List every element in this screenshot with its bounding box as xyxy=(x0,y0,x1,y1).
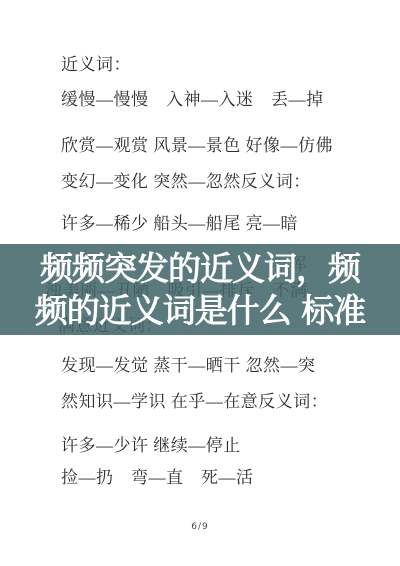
doc-line: 捡—扔 弯—直 死—活 xyxy=(61,467,254,488)
doc-line: 缓慢—慢慢 入神—入迷 丢—掉 xyxy=(61,89,324,110)
article-image: 近义词： 缓慢—慢慢 入神—入迷 丢—掉 欣赏—观赏 风景—景色 好像—仿佛 变… xyxy=(0,0,400,566)
doc-line: 许多—少许 继续—停止 xyxy=(61,435,241,456)
doc-line: 发现—发觉 蒸干—晒干 忽然—突 xyxy=(61,355,316,376)
doc-line: 然知识—学识 在乎—在意反义词： xyxy=(61,391,328,412)
page-number: 6/9 xyxy=(0,522,400,532)
overlay-title-line2: 频的近义词是什么 标准 xyxy=(35,290,366,332)
doc-line-synonym-heading: 近义词： xyxy=(61,54,131,75)
doc-line: 欣赏—观赏 风景—景色 好像—仿佛 xyxy=(61,135,333,156)
doc-line: 许多—稀少 船头—船尾 亮—暗 xyxy=(61,213,298,234)
overlay-title-line1: 频频突发的近义词，频 xyxy=(40,248,360,290)
overlay-title: 频频突发的近义词，频 频的近义词是什么 标准 xyxy=(0,244,400,335)
doc-line: 变幻—变化 突然—忽然反义词： xyxy=(61,171,311,192)
